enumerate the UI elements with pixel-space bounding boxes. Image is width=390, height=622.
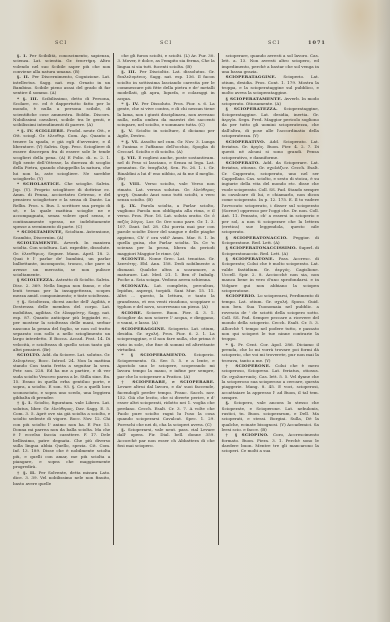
entry-definition: Pass. Accresc. di Scioperato; Colui che … [222,256,319,293]
entry-headword: SCIOPERATIVO. [226,139,270,144]
entry-headword: SCIOPERIO. [226,293,258,298]
entry-definition: che gli furon sciolti, e sciolti. (L) Ar… [117,53,214,69]
entry-headword: SCIONATA. [121,283,154,288]
dictionary-entry: § SCIOPERATEZZA. Scioperataggine, Sciope… [222,106,319,138]
entry-headword: * §. [226,342,238,347]
entry-definition: Add. da Sciorre. Lat. solutus. Gr. λελυμ… [13,352,110,400]
dictionary-entry: SCIOLTAMENTE. Avverb. In maniera sciolta… [13,240,110,277]
entry-headword: † §. I. [17,400,34,405]
entry-definition: Scioperarsi, vale neut. pass. rial Levar… [117,427,214,448]
dictionary-entry: SCIOPERATO. Add. da Scioperare. Lat. fer… [222,160,319,235]
entry-definition: Che scioglie. Salvin. Jop. (Y). Proprio … [13,181,110,229]
entry-headword: SCIOLTO. [17,352,42,357]
dictionary-entry: §. III. Per Discioltiz. Lat. dissolutus.… [117,69,214,101]
entry-headword: * § SCIOPERAMENTO. [121,352,193,357]
entry-headword: † § SCIOPINO. [226,432,273,437]
entry-headword: §. VII. [121,155,138,160]
header-left-guideword: SCI [55,40,67,46]
entry-definition: Per Discioltiz. Lat. dissolutus. Gr. δια… [117,69,214,101]
dictionary-entry: † SCIOPERONE. Colui che è mero scioperos… [222,363,319,400]
dictionary-entry: † § SCIOPINO. Coro, Accrescimento format… [222,432,319,453]
dictionary-entry: §. Scioperarsi, vale neut. pass. rial Le… [117,427,214,448]
entry-definition: Sciolto, figuratam. vale Libero. Lat. so… [13,400,110,469]
dictionary-entry: SCIOPERATAGGINE. Scioperio. Lat. otium, … [222,74,319,95]
entry-definition: Levare altrui dal lavoro, e da' suoi fac… [117,384,214,426]
entry-definition: Lo scioperarsi, Perdimento di tempo. Lat… [222,293,319,341]
dictionary-entry: §. II. Per Discernimento, Cognizione. La… [13,74,110,95]
dictionary-entry: † §. Scioltezza, dicesi anche dell' Agil… [13,299,110,352]
dictionary-entry: * §. Pr. Cent. Cor. Apol. 286. Diciamo i… [222,342,319,363]
text-columns: §. I. Per Scibilità, conoscimento, sapie… [10,53,322,545]
entry-headword: § SCIOPERATONE. [226,256,279,261]
dictionary-entry: * §. VI. Assolto nel cum. Gr. Nov. 3. Lu… [117,139,214,155]
entry-headword: § SCIOLTEZZA. [17,277,56,282]
header-right-guideword: SCI [268,40,280,46]
entry-headword: §. I. [17,53,29,58]
entry-definition: Avverb. In maniera sciolta. Con scioltur… [13,240,110,277]
entry-headword: § SCIOPERATONACCIO. [226,235,294,240]
dictionary-entry: § SCIOPERATONE. Pass. Accresc. di Sciope… [222,256,319,293]
dictionary-entry: SCIOLTO. Add. da Sciorre. Lat. solutus. … [13,352,110,400]
dictionary-entry: §. I. Per Scibilità, conoscimento, sapie… [13,53,110,74]
entry-definition: Scibilissimo, detto di Persona, Scolare,… [13,96,110,128]
column-1: §. I. Per Scibilità, conoscimento, sapie… [10,53,113,545]
entry-headword: SCIOLTAMENTE. [17,240,64,245]
dictionary-entry: §. VIII. Verso sciolto, vale Verso non r… [117,181,214,202]
dictionary-entry: * §. IV. SCIGLIERE. Frodol. neutr. Ott.,… [13,128,110,181]
entry-definition: Sciopero, vale ancora lo stesso che Scio… [222,400,319,432]
dictionary-entry: §. Sciopero, vale ancora lo stesso che S… [222,400,319,432]
entry-headword: † SCIOPERARE, e SCIOPERARE. [121,379,214,384]
dictionary-entry: † §. II. Per Solvente, detta misura Lato… [13,470,110,486]
dictionary-entry: §. V. Sciolto in sciolture, il diciamo p… [117,128,214,139]
dictionary-entry: che gli furon sciolti, e sciolti. (L) Ar… [117,53,214,69]
dictionary-entry: § SCIOLTEZZA. Astratto di Sciolto. Salvi… [13,277,110,298]
column-3: scioperare, quando avresti a sol lavoro.… [218,53,322,545]
entry-headword: §. IX. [121,203,141,208]
entry-headword: §. [226,400,234,405]
page-number: 1071 [308,40,326,46]
entry-headword: SCIOPERAGGINE. [121,326,168,331]
dictionary-entry: § SCIOPERATONACCIO. Peggior. di Sciopera… [222,235,319,246]
entry-headword: SCIOPERATAGGINE. [226,74,284,79]
entry-definition: scioperare, quando avresti a sol lavoro.… [222,53,319,74]
entry-headword: SCIOPERATO. [226,160,264,165]
dictionary-entry: SCIOPERAGGINE. Scioperio. Lat. otium, de… [117,326,214,353]
entry-definition: Colui che è mero scioperoso, Sciopreso. … [222,363,319,400]
entry-headword: * §. III. [17,96,42,101]
entry-headword: § SCIOPERATAMENTE. [226,96,285,101]
scanned-dictionary-page: SCI SCI SCI 1071 §. I. Per Scibilità, co… [0,0,390,622]
dictionary-entry: * §. III. Scibilissimo, detto di Persona… [13,96,110,128]
entry-definition: Add. da Scioperare. Lat. feriatus, otios… [222,160,319,234]
entry-definition: Frodol. neutr. Ott., e Ott. sciogl. Gr. … [13,128,110,181]
entry-headword: † §. II. [17,470,39,475]
dictionary-entry: § SCIOPERATAMENTE. Avverb. In modo sciop… [222,96,319,107]
entry-headword: * §. VI. [121,139,140,144]
entry-headword: * §. IV. SCIGLIERE. [17,128,67,133]
running-header: SCI SCI SCI 1071 [10,40,322,50]
dictionary-entry: §. VII. E rogliesi anche, poste sostanti… [117,155,214,182]
dictionary-entry: † SCIOPERARE, e SCIOPERARE. Levare altru… [117,379,214,427]
entry-headword: §. VIII. [121,181,145,186]
entry-headword: §. III. [121,69,139,74]
dictionary-entry: § SCIOPERATONACCISSIMO. Superl. di Sciop… [222,245,319,256]
dictionary-entry: * § SCIOPERAMENTO. Scioperio. Sciopermen… [117,352,214,379]
entry-definition: Scioltezza, dicesi anche dell' Agilità, … [13,299,110,352]
dictionary-entry: §. IX. Parola sciolta, a Parlar sciolto,… [117,203,214,256]
dictionary-entry: SCIONTE. Nome Grec. Lat. tenuitas. Gr. λ… [117,256,214,283]
dictionary-entry: * SCIOLTAMENTE, Scioltam. Astensione, Sc… [13,229,110,240]
entry-headword: * SCIOLTAMENTE, [17,229,65,234]
entry-headword: §. II. [17,74,32,79]
entry-definition: Scioperataggine, Scioperataggine. Lat. d… [222,106,319,138]
entry-headword: SCIORE. [121,310,146,315]
dictionary-entry: SCIOPERATIVO. Add. Scioperato. Lat. feri… [222,139,319,160]
header-center-guideword: SCI [160,40,172,46]
entry-headword: § SCIOPERATONACCISSIMO. [226,245,299,250]
entry-headword: §. V. [121,128,136,133]
entry-headword: § SCIOPERATEZZA. [226,106,284,111]
dictionary-entry: SCIONATA. Lat. completis, perculsus, lep… [117,283,214,310]
dictionary-entry: scioperare, quando avresti a sol lavoro.… [222,53,319,74]
entry-headword: † §. [17,299,28,304]
entry-headword: * SCHOLASTICE. [17,181,64,186]
entry-headword: SCIONTE. [121,256,148,261]
dictionary-entry: † §. I. Sciolto, figuratam. vale Libero.… [13,400,110,469]
page-edge-shadow [376,0,390,622]
entry-headword: * §. IV. [121,101,141,106]
dictionary-entry: SCIOPERIO. Lo scioperarsi, Perdimento di… [222,293,319,341]
dictionary-entry: * SCHOLASTICE. Che scioglie. Salvin. Jop… [13,181,110,229]
dictionary-entry: SCIORE. Sciorre. Buon. Fier. 4. 3. 1. Sc… [117,310,214,326]
column-2: che gli furon sciolti, e sciolti. (L) Ar… [113,53,217,545]
entry-definition: Parola sciolta, a Parlar sciolto, vaglio… [117,203,214,256]
entry-headword: † SCIOPERONE. [226,363,276,368]
dictionary-entry: * §. IV. Per Dissoluto. Pros. Fior. s. 6… [117,101,214,128]
